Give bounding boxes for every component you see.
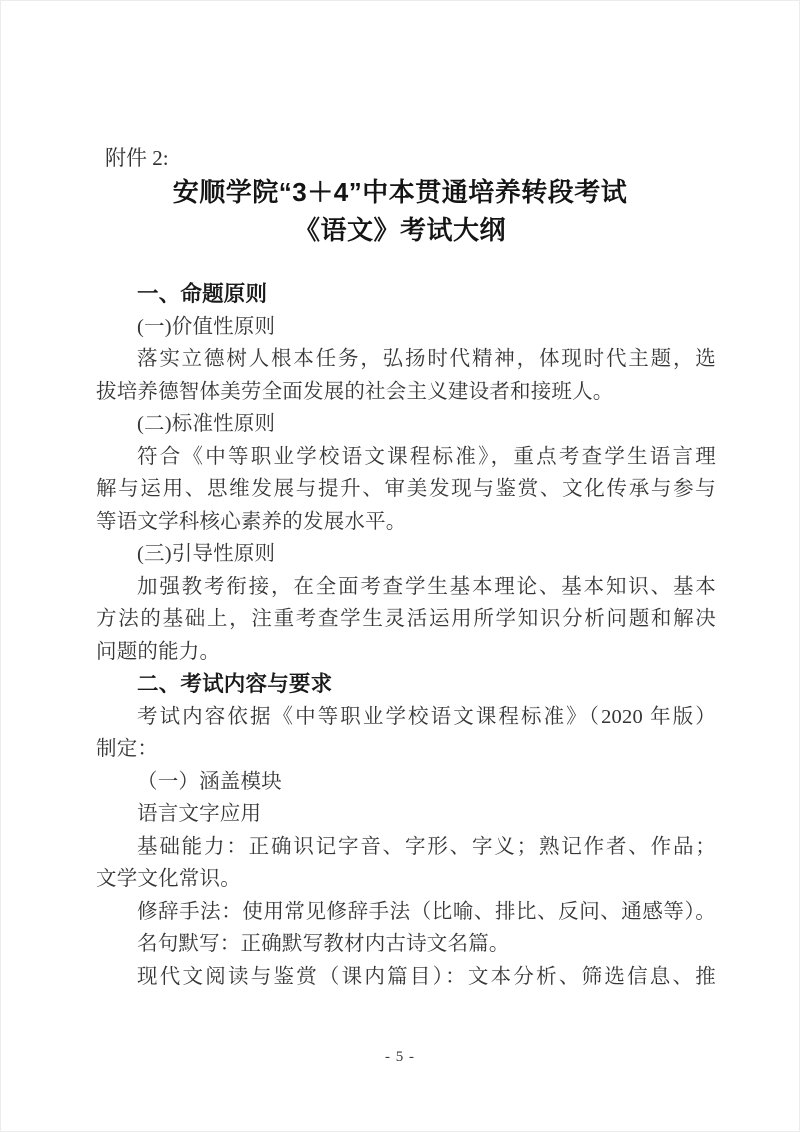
text-line: (三)引导性原则 <box>96 538 716 571</box>
text-line: 解与运用、思维发展与提升、审美发现与鉴赏、文化传承与参与 <box>96 473 716 506</box>
section-heading: 二、考试内容与要求 <box>96 668 716 701</box>
text-line: 基础能力：正确识记字音、字形、字义；熟记作者、作品； <box>96 831 716 864</box>
text-line: 语言文字应用 <box>96 798 716 831</box>
text-line: 名句默写：正确默写教材内古诗文名篇。 <box>96 928 716 961</box>
document-title: 安顺学院“3＋4”中本贯通培养转段考试 《语文》考试大纲 <box>1 173 799 249</box>
text-line: 符合《中等职业学校语文课程标准》，重点考查学生语言理 <box>96 441 716 474</box>
text-line: 加强教考衔接，在全面考查学生基本理论、基本知识、基本 <box>96 571 716 604</box>
text-line: (一)价值性原则 <box>96 311 716 344</box>
text-line: 考试内容依据《中等职业学校语文课程标准》（2020 年版） <box>96 701 716 734</box>
text-line: 修辞手法：使用常见修辞手法（比喻、排比、反问、通感等）。 <box>96 896 716 929</box>
text-line: 等语文学科核心素养的发展水平。 <box>96 506 716 539</box>
text-line: 拔培养德智体美劳全面发展的社会主义建设者和接班人。 <box>96 376 716 409</box>
title-line-1: 安顺学院“3＋4”中本贯通培养转段考试 <box>1 173 799 211</box>
text-line: 文学文化常识。 <box>96 863 716 896</box>
attachment-label: 附件 2: <box>105 145 169 171</box>
text-line: 落实立德树人根本任务，弘扬时代精神，体现时代主题，选 <box>96 343 716 376</box>
document-page: 附件 2: 安顺学院“3＋4”中本贯通培养转段考试 《语文》考试大纲 一、命题原… <box>0 0 800 1132</box>
text-line: 问题的能力。 <box>96 636 716 669</box>
document-body: 一、命题原则(一)价值性原则落实立德树人根本任务，弘扬时代精神，体现时代主题，选… <box>96 278 716 993</box>
text-line: 制定： <box>96 733 716 766</box>
text-line: 方法的基础上，注重考查学生灵活运用所学知识分析问题和解决 <box>96 603 716 636</box>
section-heading: 一、命题原则 <box>96 278 716 311</box>
text-line: （一）涵盖模块 <box>96 766 716 799</box>
page-number: - 5 - <box>1 1047 799 1067</box>
text-line: 现代文阅读与鉴赏（课内篇目）：文本分析、筛选信息、推 <box>96 961 716 994</box>
title-line-2: 《语文》考试大纲 <box>1 211 799 249</box>
text-line: (二)标准性原则 <box>96 408 716 441</box>
